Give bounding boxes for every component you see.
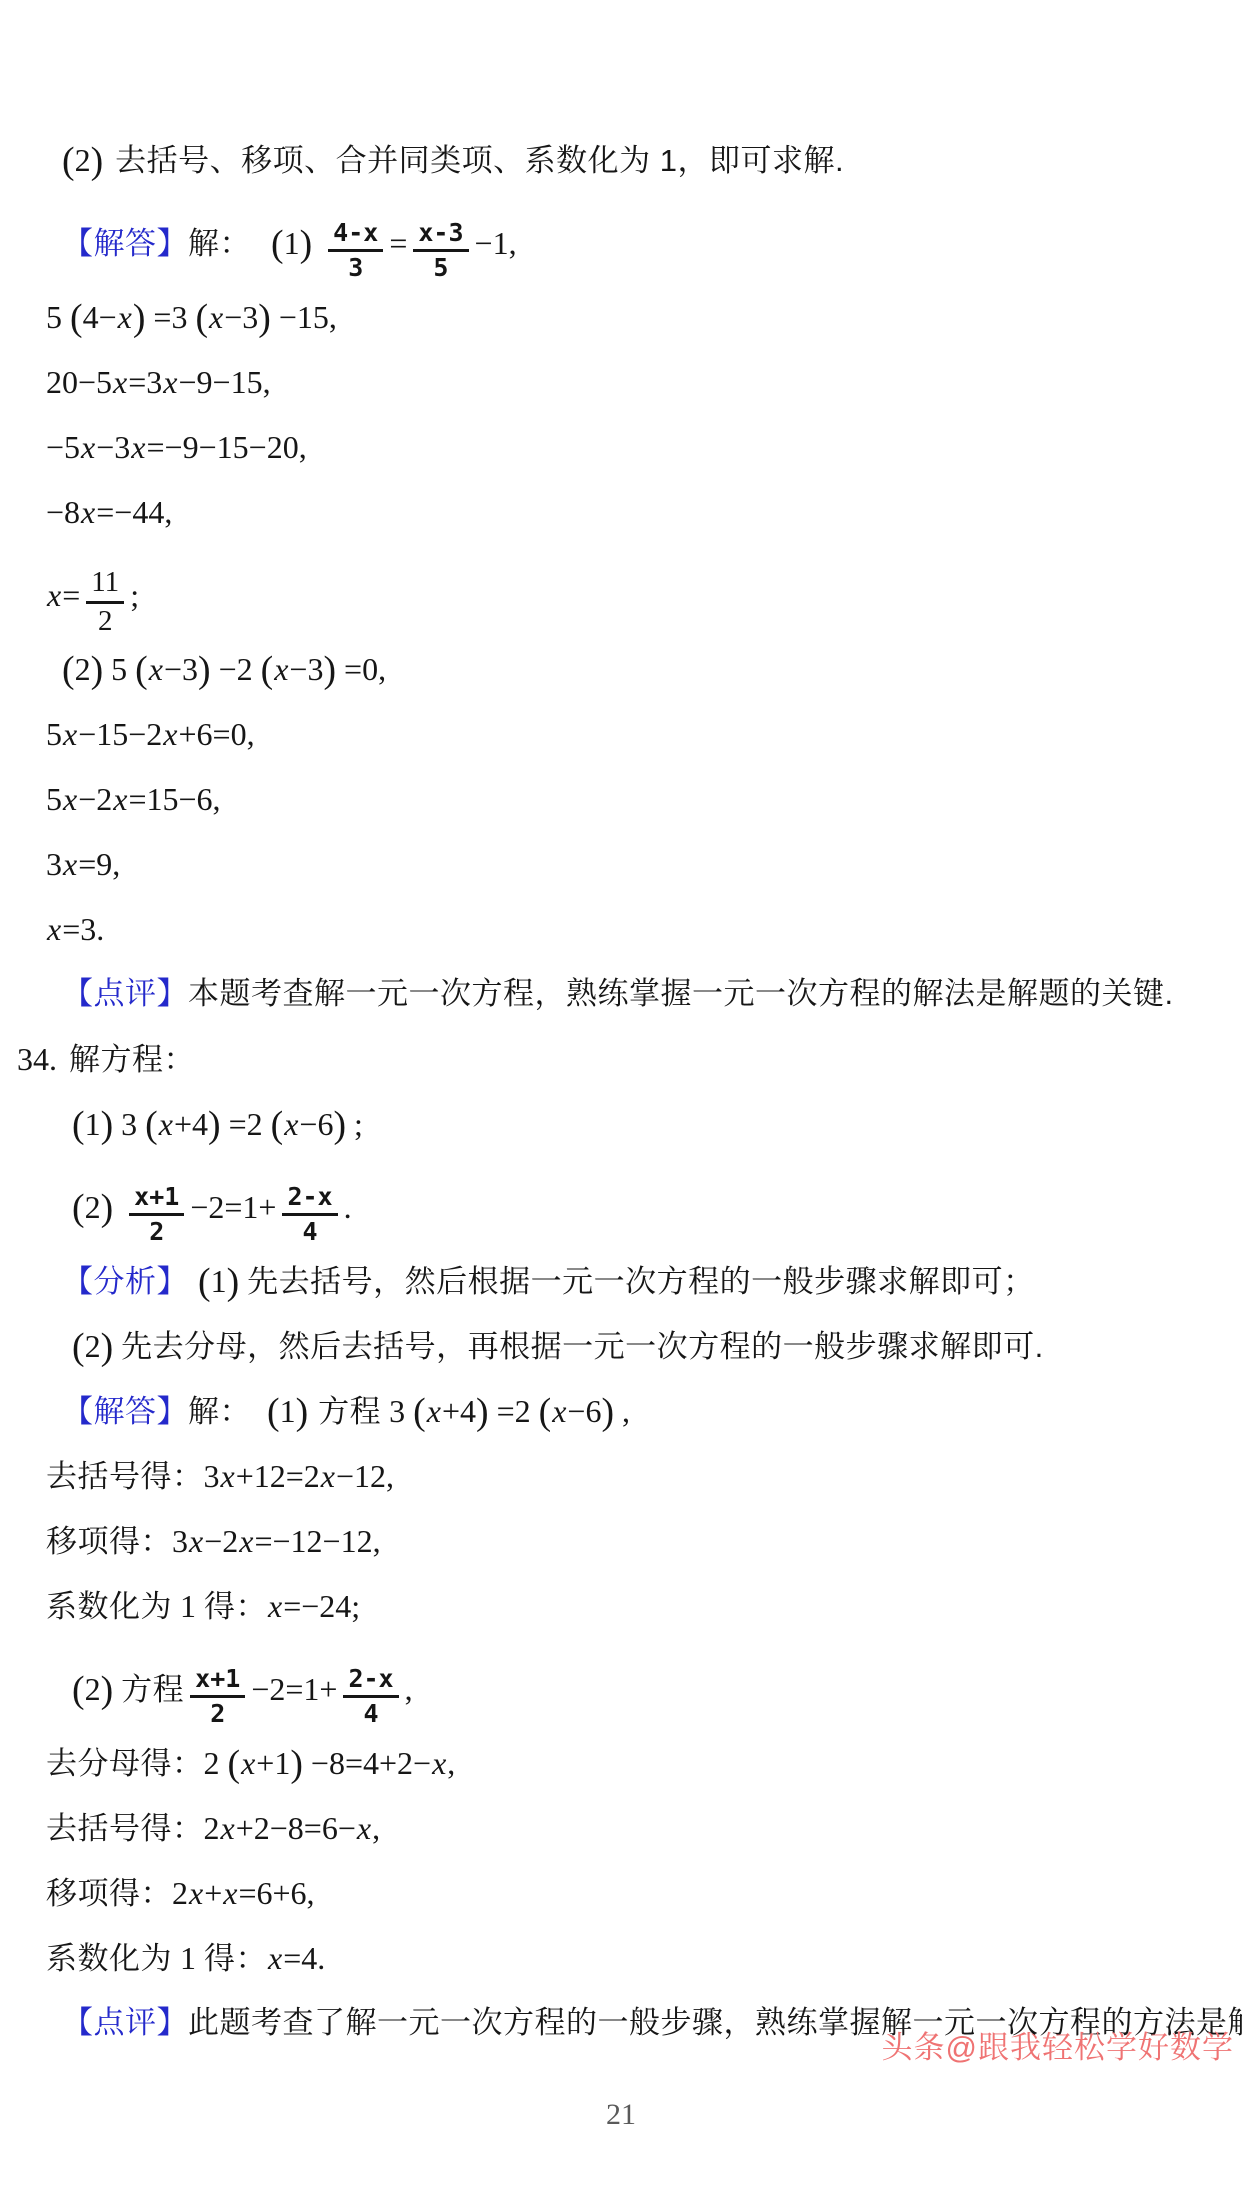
math-run: (1) <box>198 1263 239 1299</box>
fraction-denominator: 4 <box>343 1698 398 1727</box>
step-34-6: 移项得：2x+x=6+6, <box>0 1869 1242 1917</box>
math-run: 3x+12=2x−12, <box>204 1458 395 1494</box>
text-run: 先去分母，然后去括号，再根据一元一次方程的一般步骤求解即可. <box>121 1329 1044 1364</box>
watermark-text: 头条@跟我轻松学好数学 <box>882 2022 1234 2067</box>
step-34-2: 移项得：3x−2x=−12−12, <box>0 1517 1242 1565</box>
math-run: 5 (4−x) =3 (x−3) −15, <box>46 299 337 335</box>
step-34-7: 系数化为 1 得：x=4. <box>0 1934 1242 1982</box>
math-run: x=3. <box>46 911 104 947</box>
step-34-1: 去括号得：3x+12=2x−12, <box>0 1452 1242 1500</box>
section-label: 【解答】 <box>62 226 188 261</box>
text-run: 移项得： <box>46 1876 172 1911</box>
step-34-5: 去括号得：2x+2−8=6−x, <box>0 1804 1242 1852</box>
fraction-denominator: 2 <box>129 1216 184 1245</box>
math-run: 2 (x+1) −8=4+2−x, <box>204 1745 456 1781</box>
answer-33-header-line: 【解答】解：(1)4-x3=x-35−1, <box>0 201 1242 285</box>
math-run: 5x−15−2x+6=0, <box>46 716 255 752</box>
math-run: , <box>405 1671 413 1707</box>
fraction-numerator: x-3 <box>413 218 468 252</box>
math-run: = <box>389 225 407 261</box>
answer-33-part2-line: (2) 5 (x−3) −2 (x−3) =0, <box>0 645 1242 693</box>
text-run: 系数化为 <box>46 1941 172 1976</box>
section-label: 【点评】 <box>62 2005 188 2040</box>
fraction: 2-x4 <box>343 1664 398 1727</box>
math-run: 3x=9, <box>46 846 120 882</box>
equation-33-4: −8x=−44, <box>0 488 1242 536</box>
problem-34-eq1-line: (1) 3 (x+4) =2 (x−6) ; <box>0 1100 1242 1148</box>
fraction-numerator: 11 <box>86 566 124 604</box>
math-run: (2) <box>62 142 103 178</box>
text-run: 去括号、移项、合并同类项、系数化为 1，即可求解. <box>115 143 844 178</box>
text-run: 先去括号，然后根据一元一次方程的一般步骤求解即可； <box>247 1264 1035 1299</box>
text-run: 去分母得： <box>46 1746 204 1781</box>
math-run: x=−24; <box>267 1588 360 1624</box>
math-run: (2) 5 (x−3) −2 (x−3) =0, <box>62 651 386 687</box>
page-number: 21 <box>0 2098 1242 2132</box>
comment-33-line: 【点评】本题考查解一元一次方程，熟练掌握一元一次方程的解法是解题的关键. <box>0 970 1242 1018</box>
math-run: 2x+2−8=6−x, <box>204 1810 381 1846</box>
fraction-numerator: 2-x <box>282 1182 337 1216</box>
problem-34-eq2-line: (2)x+12−2=1+2-x4. <box>0 1165 1242 1249</box>
equation-33-1: 5 (4−x) =3 (x−3) −15, <box>0 293 1242 341</box>
equation-33-7: 5x−2x=15−6, <box>0 775 1242 823</box>
math-run: 5x−2x=15−6, <box>46 781 221 817</box>
fraction: 112 <box>86 566 124 638</box>
fraction-denominator: 4 <box>282 1216 337 1245</box>
text-run: 方程 <box>318 1394 381 1429</box>
math-run: −2=1+ <box>251 1671 337 1707</box>
text-run: 方程 <box>121 1672 184 1707</box>
fraction-denominator: 2 <box>86 604 124 637</box>
equation-33-2: 20−5x=3x−9−15, <box>0 358 1242 406</box>
math-run: −2=1+ <box>190 1189 276 1225</box>
math-run: −5x−3x=−9−15−20, <box>46 429 307 465</box>
section-label: 【解答】 <box>62 1394 188 1429</box>
text-run: 去括号得： <box>46 1811 204 1846</box>
fraction-numerator: 2-x <box>343 1664 398 1698</box>
fraction-numerator: x+1 <box>190 1664 245 1698</box>
math-run: (2) <box>72 1671 113 1707</box>
fraction-denominator: 2 <box>190 1698 245 1727</box>
math-run: 2x+x=6+6, <box>172 1875 315 1911</box>
math-run: . <box>344 1189 352 1225</box>
math-run: 20−5x=3x−9−15, <box>46 364 271 400</box>
math-run: 3x−2x=−12−12, <box>172 1523 381 1559</box>
fraction: 4-x3 <box>328 218 383 281</box>
step-34-3: 系数化为 1 得：x=−24; <box>0 1582 1242 1630</box>
step-34-4: 去分母得：2 (x+1) −8=4+2−x, <box>0 1739 1242 1787</box>
math-run: (2) <box>72 1328 113 1364</box>
math-run: (1) <box>271 225 312 261</box>
math-run: −1, <box>475 225 517 261</box>
fraction-numerator: 4-x <box>328 218 383 252</box>
answer-34-header-line: 【解答】解：(1)方程 3 (x+4) =2 (x−6) , <box>0 1387 1242 1435</box>
text-run: 解： <box>188 1394 251 1429</box>
math-run: (1) 3 (x+4) =2 (x−6) ; <box>72 1106 363 1142</box>
fraction: x+12 <box>190 1664 245 1727</box>
text-run: 去括号得： <box>46 1459 204 1494</box>
equation-33-8: 3x=9, <box>0 840 1242 888</box>
answer-34-part2-line: (2)方程x+12−2=1+2-x4, <box>0 1647 1242 1731</box>
fraction-numerator: x+1 <box>129 1182 184 1216</box>
text-run: 移项得： <box>46 1524 172 1559</box>
equation-33-6: 5x−15−2x+6=0, <box>0 710 1242 758</box>
document-page: (2)去括号、移项、合并同类项、系数化为 1，即可求解.【解答】解：(1)4-x… <box>0 0 1242 2064</box>
math-run: x= <box>46 577 80 613</box>
math-run: x=4. <box>267 1940 325 1976</box>
analysis-34-1-line: 【分析】(1)先去括号，然后根据一元一次方程的一般步骤求解即可； <box>0 1257 1242 1305</box>
math-run: −8x=−44, <box>46 494 172 530</box>
fraction-denominator: 5 <box>413 252 468 281</box>
math-run: 1 <box>172 1940 204 1976</box>
fraction-denominator: 3 <box>328 252 383 281</box>
text-run: 本题考查解一元一次方程，熟练掌握一元一次方程的解法是解题的关键. <box>188 976 1174 1011</box>
text-run: 解： <box>188 226 251 261</box>
text-run: 解方程： <box>69 1042 195 1077</box>
text-run: 系数化为 <box>46 1589 172 1624</box>
fraction: x-35 <box>413 218 468 281</box>
math-run: 34. <box>17 1041 57 1077</box>
math-run: 3 (x+4) =2 (x−6) , <box>381 1393 630 1429</box>
equation-33-5: x=112; <box>0 553 1242 637</box>
section-label: 【分析】 <box>62 1264 188 1299</box>
fraction: 2-x4 <box>282 1182 337 1245</box>
equation-33-3: −5x−3x=−9−15−20, <box>0 423 1242 471</box>
text-run: 得： <box>204 1589 267 1624</box>
math-run: (2) <box>72 1189 113 1225</box>
problem-34-title-line: 34.解方程： <box>0 1035 1242 1083</box>
math-run: (1) <box>267 1393 308 1429</box>
analysis-part2-line: (2)去括号、移项、合并同类项、系数化为 1，即可求解. <box>0 136 1242 184</box>
text-run: 得： <box>204 1941 267 1976</box>
analysis-34-2-line: (2)先去分母，然后去括号，再根据一元一次方程的一般步骤求解即可. <box>0 1322 1242 1370</box>
math-run: 1 <box>172 1588 204 1624</box>
section-label: 【点评】 <box>62 976 188 1011</box>
equation-33-9: x=3. <box>0 905 1242 953</box>
math-run: ; <box>130 577 139 613</box>
fraction: x+12 <box>129 1182 184 1245</box>
